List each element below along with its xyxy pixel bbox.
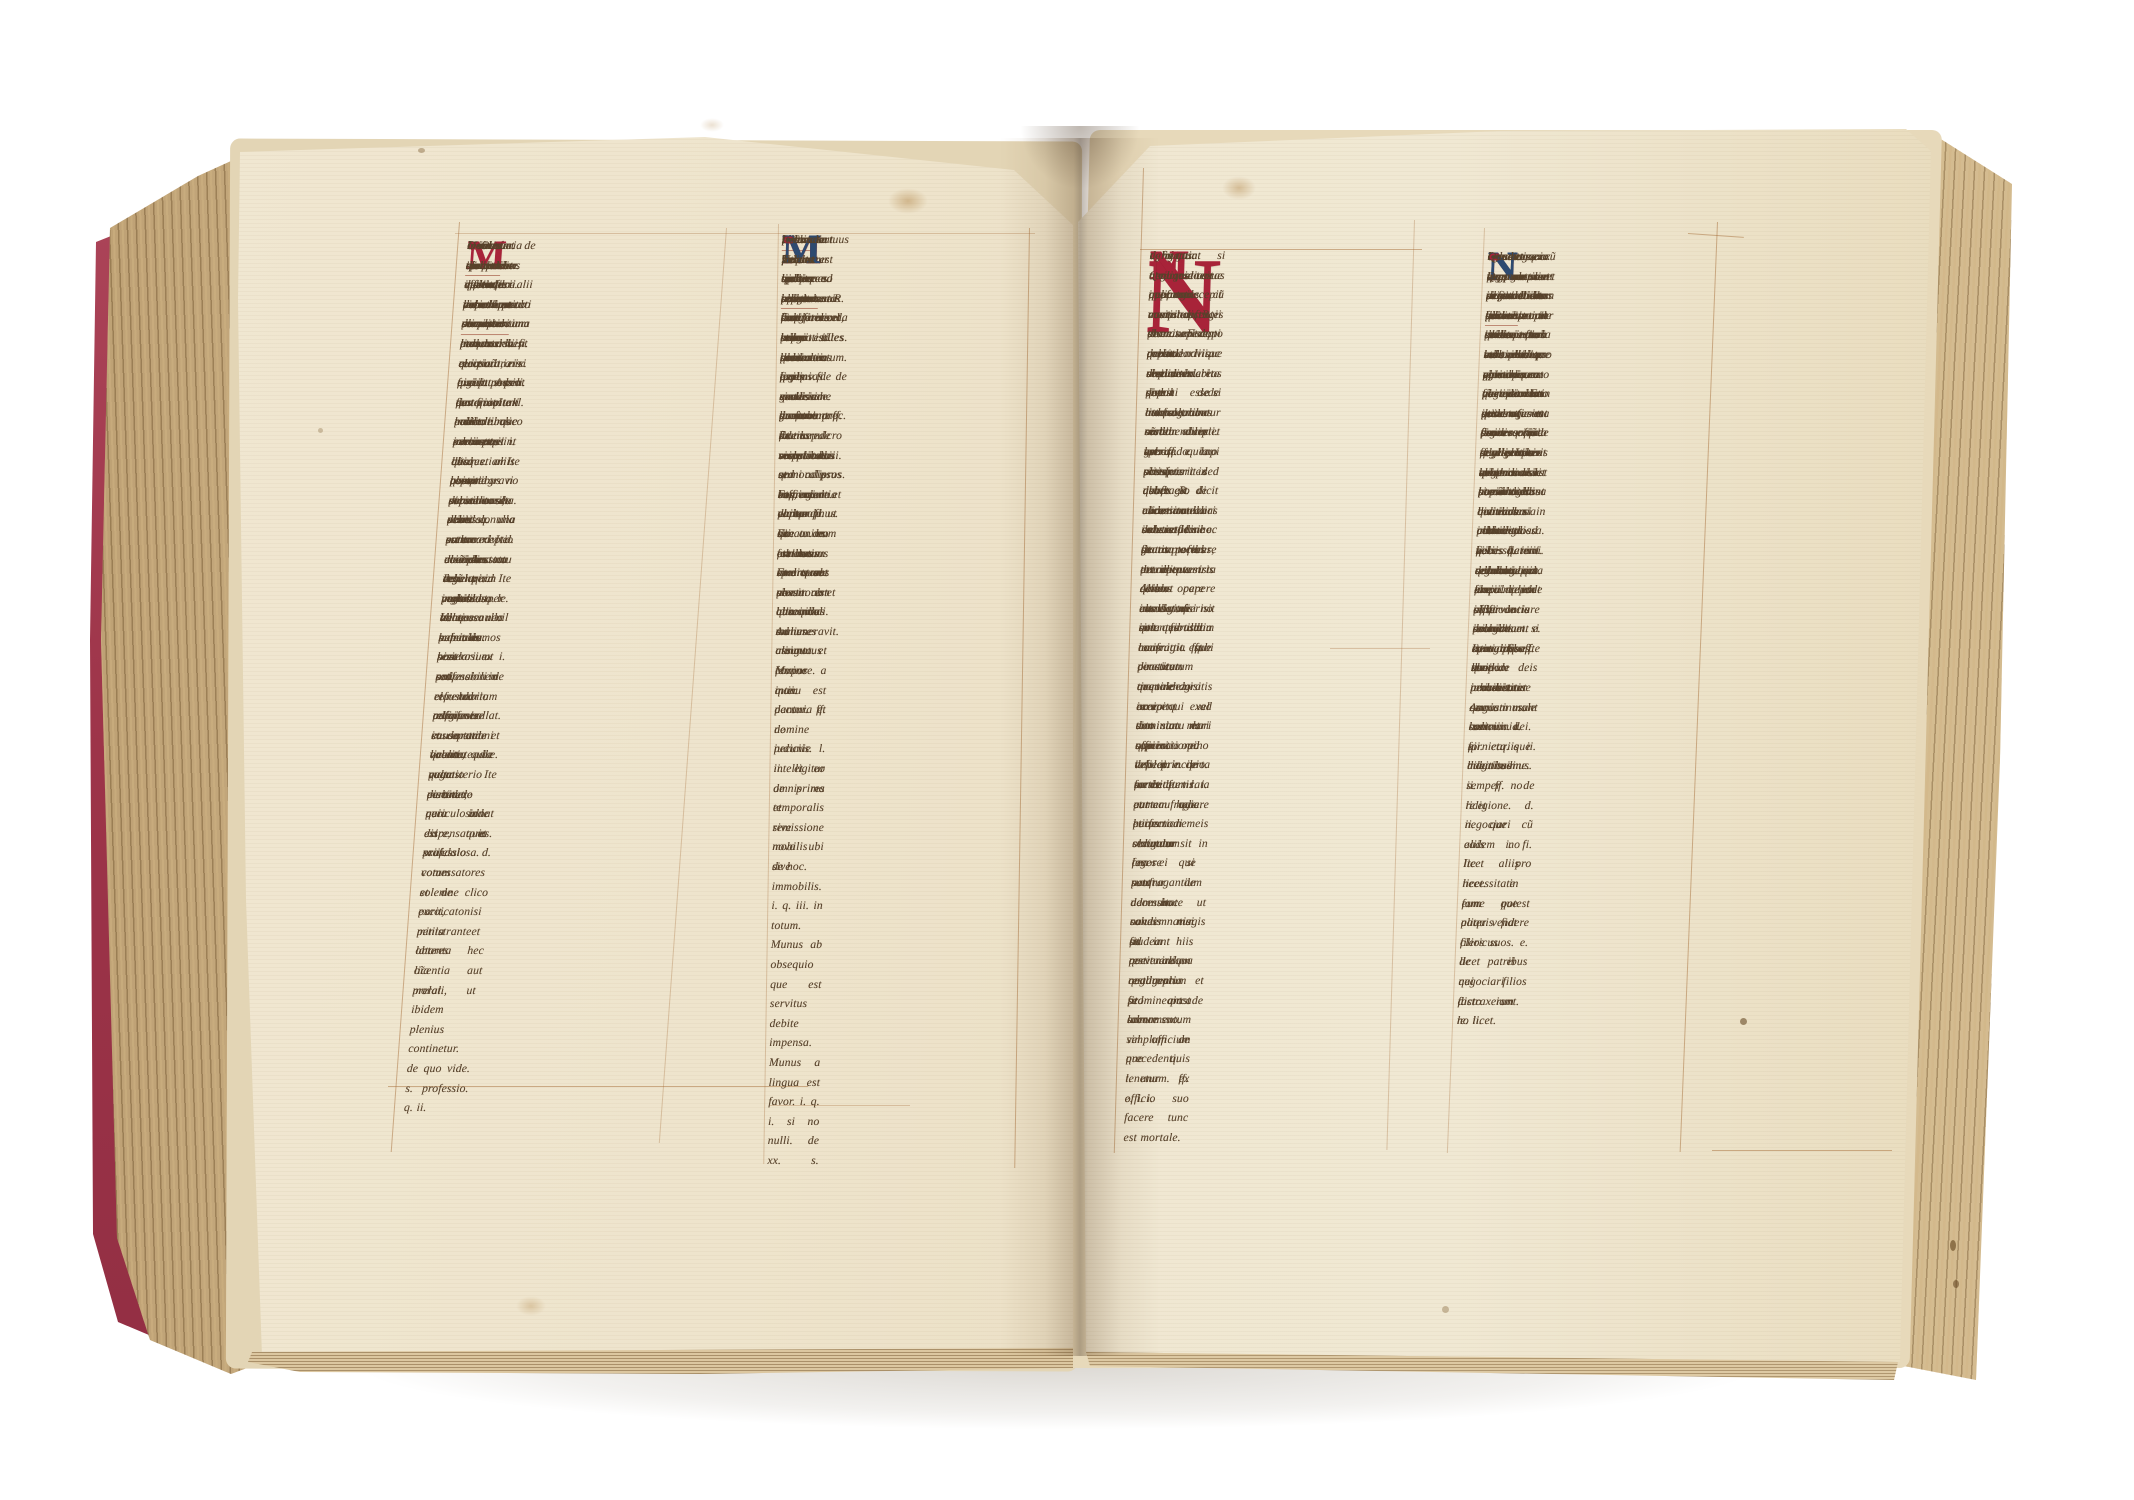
manuscript-photo: Item multitudo effrenata nocat aliquando… — [0, 0, 2134, 1500]
text-run: m Ortum. de hiis que impediunt se — [461, 236, 516, 334]
text-column-left-2: pulturas funerum inde. s. sepultura. l. … — [767, 230, 1028, 1170]
text-column-right-1: Mutuum. dicatur eo que de meo fit tuum. … — [1123, 246, 1418, 1146]
ink-speck — [1442, 1306, 1449, 1313]
gutter-top-shadow — [995, 126, 1165, 276]
foxing-spot — [700, 118, 724, 132]
foxing-spot — [888, 188, 928, 214]
ruling-line-horizontal — [1712, 1150, 1892, 1151]
ink-speck — [318, 428, 323, 433]
text-column-right-2: lara. et quo suppleatur per indices eccl… — [1452, 247, 1720, 1153]
foxing-spot — [516, 1296, 546, 1316]
wormhole — [1953, 1280, 1959, 1288]
ink-speck — [418, 148, 425, 153]
ink-speck — [1740, 1018, 1747, 1025]
text-run: Ite india licet recipere apostolos nunc … — [780, 230, 828, 387]
wormhole — [1950, 1240, 1956, 1251]
gutter-shadow — [1000, 138, 1160, 1356]
foxing-spot — [1222, 176, 1256, 200]
